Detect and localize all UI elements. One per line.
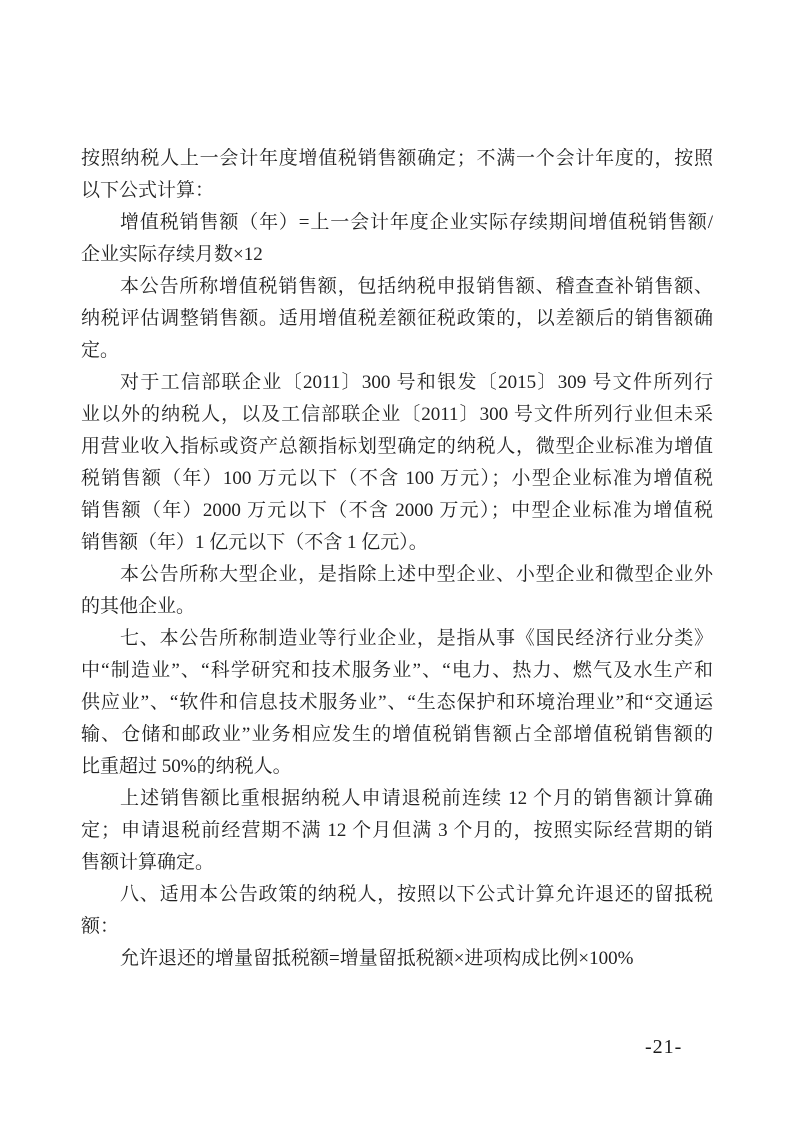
text-line: 允许退还的增量留抵税额=增量留抵税额×进项构成比例×100% [81,943,713,975]
text-line: 业以外的纳税人，以及工信部联企业〔2011〕300 号文件所列行业但未采 [81,399,713,431]
text-line: 企业实际存续月数×12 [81,239,713,271]
text-line: 八、适用本公告政策的纳税人，按照以下公式计算允许退还的留抵税 [81,879,713,911]
text-line: 销售额（年）2000 万元以下（不含 2000 万元）；中型企业标准为增值税 [81,495,713,527]
text-line: 本公告所称增值税销售额，包括纳税申报销售额、稽查查补销售额、 [81,271,713,303]
text-line: 供应业”、“软件和信息技术服务业”、“生态保护和环境治理业”和“交通运 [81,687,713,719]
document-page: 按照纳税人上一会计年度增值税销售额确定；不满一个会计年度的，按照 以下公式计算：… [0,0,793,1122]
text-line: 额： [81,911,713,943]
text-line: 七、本公告所称制造业等行业企业，是指从事《国民经济行业分类》 [81,623,713,655]
text-line: 以下公式计算： [81,175,713,207]
text-line: 输、仓储和邮政业”业务相应发生的增值税销售额占全部增值税销售额的 [81,719,713,751]
text-line: 中“制造业”、“科学研究和技术服务业”、“电力、热力、燃气及水生产和 [81,655,713,687]
text-line: 的其他企业。 [81,591,713,623]
text-line: 本公告所称大型企业，是指除上述中型企业、小型企业和微型企业外 [81,559,713,591]
text-line: 定。 [81,335,713,367]
text-line: 比重超过 50%的纳税人。 [81,751,713,783]
text-line: 对于工信部联企业〔2011〕300 号和银发〔2015〕309 号文件所列行 [81,367,713,399]
text-line: 纳税评估调整销售额。适用增值税差额征税政策的，以差额后的销售额确 [81,303,713,335]
document-body: 按照纳税人上一会计年度增值税销售额确定；不满一个会计年度的，按照 以下公式计算：… [81,143,713,975]
text-line: 定；申请退税前经营期不满 12 个月但满 3 个月的，按照实际经营期的销 [81,815,713,847]
text-line: 销售额（年）1 亿元以下（不含 1 亿元）。 [81,527,713,559]
text-line: 增值税销售额（年）=上一会计年度企业实际存续期间增值税销售额/ [81,207,713,239]
text-line: 上述销售额比重根据纳税人申请退税前连续 12 个月的销售额计算确 [81,783,713,815]
text-line: 税销售额（年）100 万元以下（不含 100 万元）；小型企业标准为增值税 [81,463,713,495]
text-line: 按照纳税人上一会计年度增值税销售额确定；不满一个会计年度的，按照 [81,143,713,175]
text-line: 用营业收入指标或资产总额指标划型确定的纳税人，微型企业标准为增值 [81,431,713,463]
page-number: -21- [645,1036,715,1059]
text-line: 售额计算确定。 [81,847,713,879]
